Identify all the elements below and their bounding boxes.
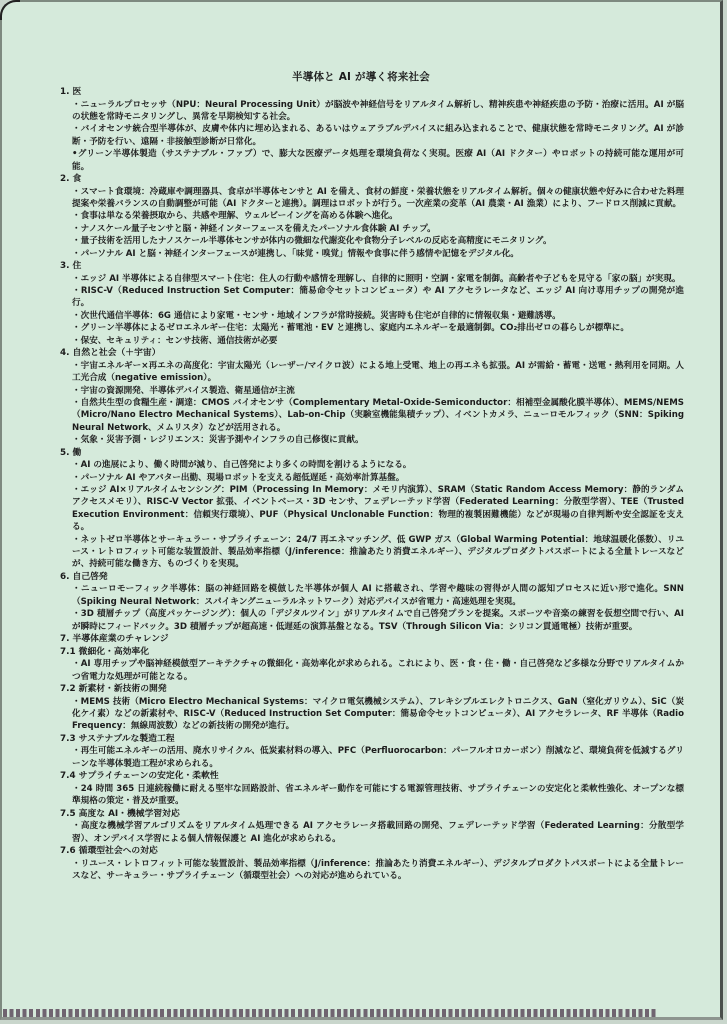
section-industry-challenges: 7. 半導体産業のチャレンジ xyxy=(60,633,684,646)
section-heading: 2. 食 xyxy=(60,173,684,186)
list-item: ・グリーン半導体によるゼロエネルギー住宅：太陽光・蓄電池・EV と連携し、家庭内… xyxy=(72,322,684,334)
section-heading: 3. 住 xyxy=(60,260,684,273)
subsection-heading: 7.2 新素材・新技術の開発 xyxy=(60,683,684,696)
subsection-circular-society: 7.6 循環型社会への対応 ・リユース・レトロフィット可能な装置設計、製品効率指… xyxy=(60,845,684,882)
list-item: ・宇宙エネルギー×再エネの高度化：宇宙太陽光（レーザー/マイクロ波）による地上受… xyxy=(72,360,684,385)
list-item: ・エッジ AI 半導体による自律型スマート住宅：住人の行動や感情を理解し、自律的… xyxy=(72,273,684,285)
list-item: ・3D 積層チップ（高度パッケージング）：個人の「デジタルツイン」がリアルタイム… xyxy=(72,608,684,633)
section-heading: 4. 自然と社会（＋宇宙） xyxy=(60,347,684,360)
list-item: ・自然共生型の食糧生産・調達：CMOS バイオセンサ（Complementary… xyxy=(72,397,684,434)
section-heading: 1. 医 xyxy=(60,86,684,99)
list-item: ・RISC-V（Reduced Instruction Set Computer… xyxy=(72,285,684,310)
list-item: ・高度な機械学習アルゴリズムをリアルタイム処理できる AI アクセラレータ搭載回… xyxy=(72,820,684,845)
list-item: ・保安、セキュリティ：センサ技術、通信技術が必要 xyxy=(72,335,684,347)
section-work: 5. 働 ・AI の進展により、働く時間が減り、自己啓発により多くの時間を割ける… xyxy=(60,447,684,571)
list-item: ・ネットゼロ半導体とサーキュラー・サプライチェーン：24/7 再エネマッチング、… xyxy=(72,534,684,571)
subsection-heading: 7.5 高度な AI・機械学習対応 xyxy=(60,808,684,821)
subsection-miniaturization: 7.1 微細化・高効率化 ・AI 専用チップや脳神経模倣型アーキテクチャの微細化… xyxy=(60,646,684,683)
list-item: ・次世代通信半導体：6G 通信により家電・センサ・地域インフラが常時接続。災害時… xyxy=(72,310,684,322)
section-nature-society: 4. 自然と社会（＋宇宙） ・宇宙エネルギー×再エネの高度化：宇宙太陽光（レーザ… xyxy=(60,347,684,446)
subsection-new-materials: 7.2 新素材・新技術の開発 ・MEMS 技術（Micro Electro Me… xyxy=(60,683,684,733)
subsection-heading: 7.3 サステナブルな製造工程 xyxy=(60,733,684,746)
list-item: ・パーソナル AI やアバター出勤、現場ロボットを支える超低遅延・高効率計算基盤… xyxy=(72,472,684,484)
section-food: 2. 食 ・スマート食環境：冷蔵庫や調理器具、食卓が半導体センサと AI を備え… xyxy=(60,173,684,260)
list-item: ・MEMS 技術（Micro Electro Mechanical System… xyxy=(72,696,684,733)
list-item: ・宇宙の資源開発、半導体デバイス製造、衛星通信が主流 xyxy=(72,385,684,397)
list-item: ・再生可能エネルギーの活用、廃水リサイクル、低炭素材料の導入、PFC（Perfl… xyxy=(72,745,684,770)
subsection-heading: 7.1 微細化・高効率化 xyxy=(60,646,684,659)
subsection-heading: 7.6 循環型社会への対応 xyxy=(60,845,684,858)
subsection-sustainable-manufacturing: 7.3 サステナブルな製造工程 ・再生可能エネルギーの活用、廃水リサイクル、低炭… xyxy=(60,733,684,770)
list-item: ・リユース・レトロフィット可能な装置設計、製品効率指標（J/inference：… xyxy=(72,858,684,883)
list-item: ・AI 専用チップや脳神経模倣型アーキテクチャの微細化・高効率化が求められる。こ… xyxy=(72,658,684,683)
document-title: 半導体と AI が導く将来社会 xyxy=(2,69,720,84)
list-item: ・AI の進展により、働く時間が減り、自己啓発により多くの時間を割けるようになる… xyxy=(72,459,684,471)
list-item: ・ニューラルプロセッサ（NPU：Neural Processing Unit）が… xyxy=(72,99,684,124)
section-housing: 3. 住 ・エッジ AI 半導体による自律型スマート住宅：住人の行動や感情を理解… xyxy=(60,260,684,347)
section-heading: 6. 自己啓発 xyxy=(60,571,684,584)
list-item: •グリーン半導体製造（サステナブル・ファブ）で、膨大な医療データ処理を環境負荷な… xyxy=(72,148,684,173)
list-item: ・ニューロモーフィック半導体：脳の神経回路を模倣した半導体が個人 AI に搭載さ… xyxy=(72,583,684,608)
list-item: ・気象・災害予測・レジリエンス：災害予測やインフラの自己修復に貢献。 xyxy=(72,434,684,446)
list-item: ・スマート食環境：冷蔵庫や調理器具、食卓が半導体センサと AI を備え、食材の鮮… xyxy=(72,186,684,211)
list-item: ・24 時間 365 日連続稼働に耐える堅牢な回路設計、省エネルギー動作を可能に… xyxy=(72,783,684,808)
subsection-supply-chain: 7.4 サプライチェーンの安定化・柔軟性 ・24 時間 365 日連続稼働に耐え… xyxy=(60,770,684,807)
list-item: ・食事は単なる栄養摂取から、共感や理解、ウェルビーイングを高める体験へ進化。 xyxy=(72,210,684,222)
decorative-dashed-stripe xyxy=(3,1009,658,1017)
list-item: ・量子技術を活用したナノスケール半導体センサが体内の微細な代謝変化や食物分子レベ… xyxy=(72,235,684,247)
list-item: ・エッジ AI×リアルタイムセンシング：PIM（Processing In Me… xyxy=(72,484,684,534)
subsection-heading: 7.4 サプライチェーンの安定化・柔軟性 xyxy=(60,770,684,783)
section-medical: 1. 医 ・ニューラルプロセッサ（NPU：Neural Processing U… xyxy=(60,86,684,173)
document-body: 1. 医 ・ニューラルプロセッサ（NPU：Neural Processing U… xyxy=(60,86,684,882)
section-heading: 5. 働 xyxy=(60,447,684,460)
page-corner-border xyxy=(0,0,20,20)
document-page: 半導体と AI が導く将来社会 1. 医 ・ニューラルプロセッサ（NPU：Neu… xyxy=(0,0,723,1020)
list-item: ・バイオセンサ統合型半導体が、皮膚や体内に埋め込まれる、あるいはウェアラブルデバ… xyxy=(72,123,684,148)
section-self-development: 6. 自己啓発 ・ニューロモーフィック半導体：脳の神経回路を模倣した半導体が個人… xyxy=(60,571,684,633)
list-item: ・ナノスケール量子センサと脳・神経インターフェースを備えたパーソナル食体験 AI… xyxy=(72,223,684,235)
list-item: ・パーソナル AI と脳・神経インターフェースが連携し、「味覚・嗅覚」情報や食事… xyxy=(72,248,684,260)
subsection-advanced-ai: 7.5 高度な AI・機械学習対応 ・高度な機械学習アルゴリズムをリアルタイム処… xyxy=(60,808,684,845)
section-heading: 7. 半導体産業のチャレンジ xyxy=(60,633,684,646)
